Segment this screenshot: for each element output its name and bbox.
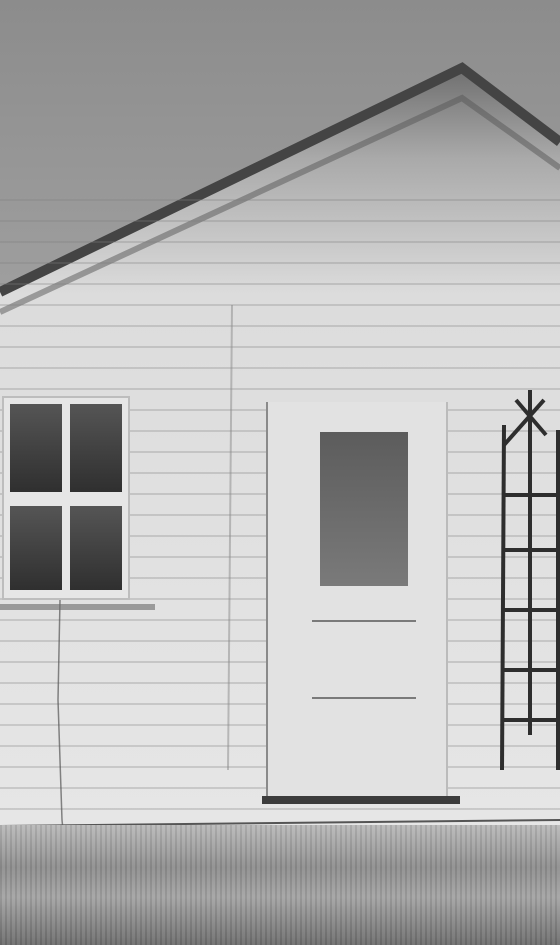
grass-lawn — [0, 825, 560, 945]
door-glass-panel — [320, 432, 408, 586]
door-threshold — [262, 796, 460, 804]
window-pane — [10, 404, 62, 492]
window-pane — [70, 404, 122, 492]
window-pane — [10, 506, 62, 590]
door-panel-line — [312, 697, 416, 699]
photo-scene — [0, 0, 560, 945]
left-window — [2, 396, 130, 600]
window-sill — [0, 604, 155, 610]
door — [266, 402, 448, 800]
window-pane — [70, 506, 122, 590]
door-panel-line — [312, 620, 416, 622]
garden-trellis — [496, 385, 560, 775]
